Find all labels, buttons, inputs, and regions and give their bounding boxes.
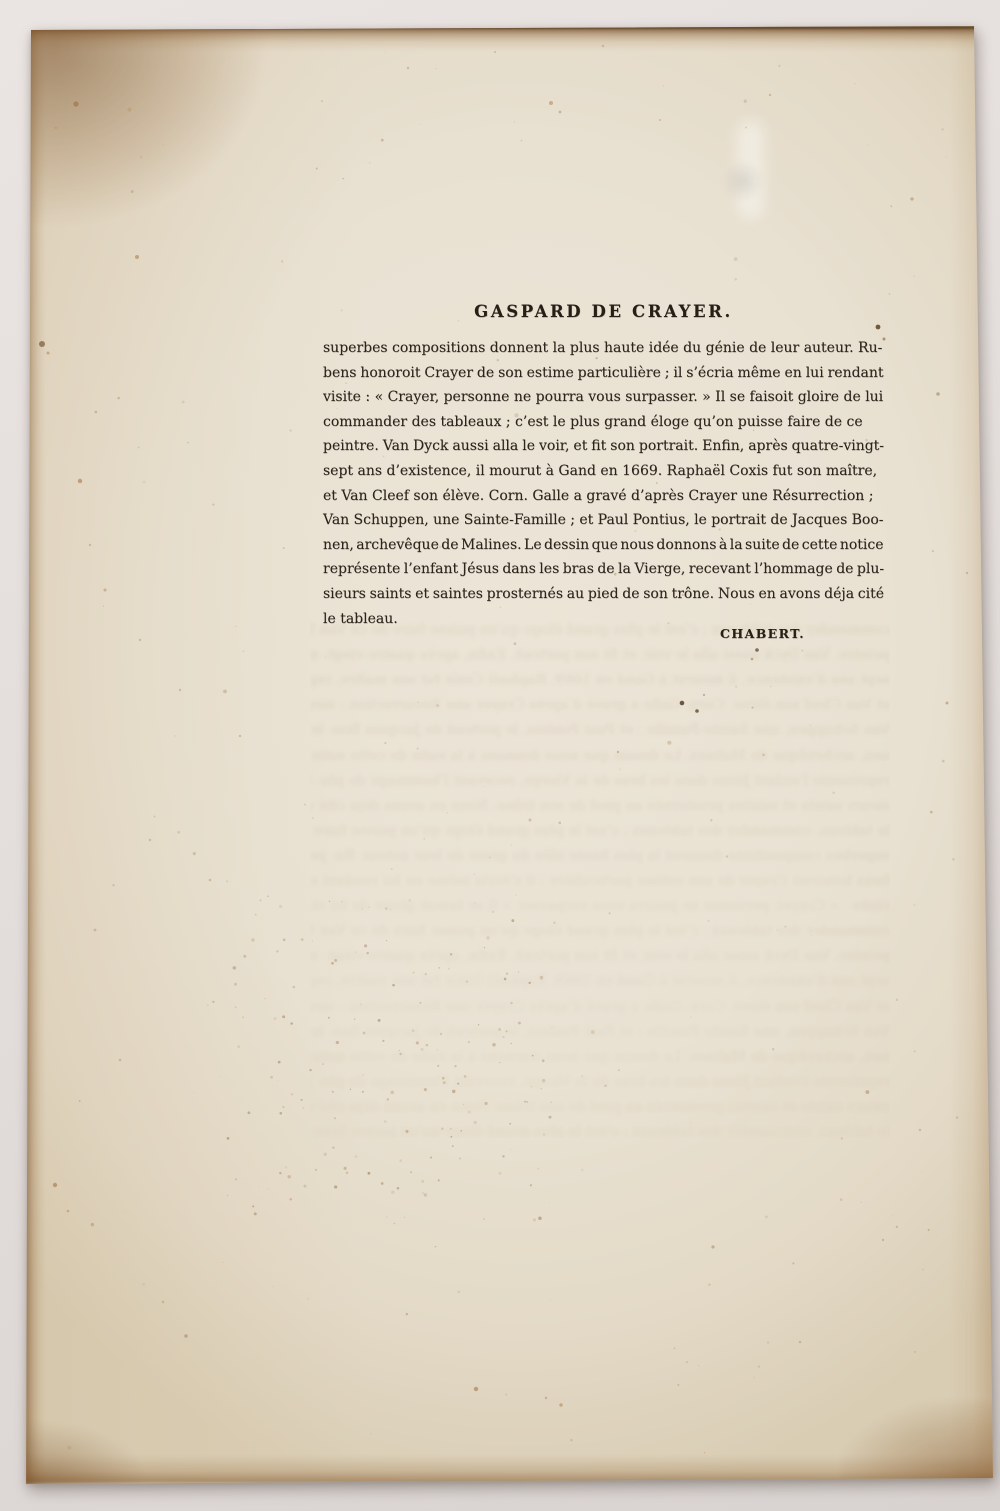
text-line: bens honoroit Crayer de son estime parti… xyxy=(323,361,884,386)
text-line: commander des tableaux ; c’est le plus g… xyxy=(323,410,884,435)
top-edge-hairline xyxy=(110,24,960,26)
text-line: sept ans d’existence, il mourut à Gand e… xyxy=(323,459,884,484)
top-edge-rim xyxy=(28,26,988,29)
text-line: visite : « Crayer, personne ne pourra vo… xyxy=(323,385,884,410)
show-through-layer: commander des tableaux ; c’est le plus g… xyxy=(310,618,890,1138)
scan-background: commander des tableaux ; c’est le plus g… xyxy=(0,0,1000,1511)
text-line: et Van Cleef son élève. Corn. Galle a gr… xyxy=(323,484,884,509)
edge-stain-left xyxy=(25,28,45,1484)
text-line: le tableau. xyxy=(323,607,884,632)
text-line: sieurs saints et saintes prosternés au p… xyxy=(323,582,884,607)
text-line: Van Schuppen, une Sainte-Famille ; et Pa… xyxy=(323,508,884,533)
printed-text-layer: GASPARD DE CRAYER. superbes compositions… xyxy=(0,0,1000,1511)
corner-stain-top-left xyxy=(18,18,268,228)
running-header: GASPARD DE CRAYER. xyxy=(323,302,884,321)
corner-stain-bottom-right xyxy=(840,1400,1000,1490)
paper-tone-overlay xyxy=(26,28,426,1480)
book-page: commander des tableaux ; c’est le plus g… xyxy=(0,0,1000,1511)
author-signature: CHABERT. xyxy=(323,626,884,641)
text-line: superbes compositions donnent la plus ha… xyxy=(323,336,884,361)
text-line: peintre. Van Dyck aussi alla le voir, et… xyxy=(323,434,884,459)
text-line: nen, archevêque de Malines. Le dessin qu… xyxy=(323,533,884,558)
light-streak xyxy=(737,120,764,220)
edge-stain-right xyxy=(950,27,995,1482)
edge-stain-bottom xyxy=(26,1455,994,1483)
foxing-spots xyxy=(0,0,1000,1511)
gray-smudge xyxy=(720,160,766,202)
page-shadow-wrap: commander des tableaux ; c’est le plus g… xyxy=(0,0,1000,1511)
corner-stain-bottom-left xyxy=(18,1420,148,1490)
edge-stain-top xyxy=(26,27,992,51)
notice-paragraph: superbes compositions donnent la plus ha… xyxy=(323,336,884,631)
text-line: représente l’enfant Jésus dans les bras … xyxy=(323,557,884,582)
